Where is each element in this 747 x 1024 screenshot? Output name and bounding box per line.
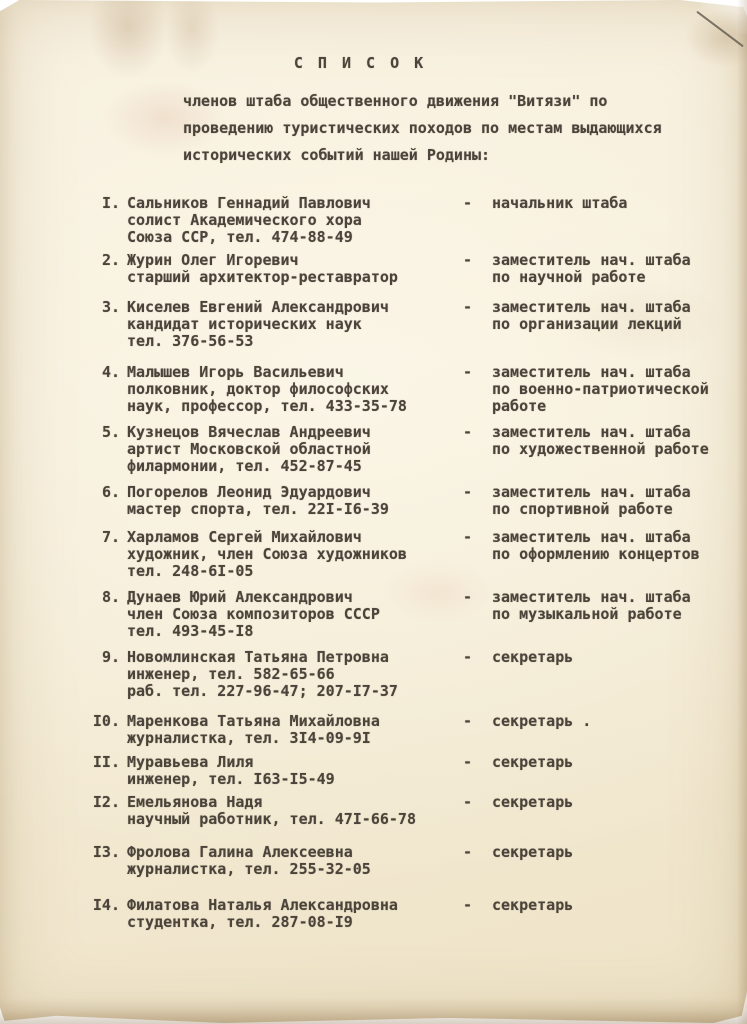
item-name: Харламов Сергей Михайлович художник, чле…: [127, 529, 457, 580]
item-name-line: Журин Олег Игоревич: [127, 252, 457, 269]
item-name-line: филармонии, тел. 452-87-45: [127, 458, 457, 475]
item-name: Дунаев Юрий Александрович член Союза ком…: [127, 589, 457, 640]
item-role-line: по спортивной работе: [492, 501, 737, 518]
role-dash: -: [463, 844, 483, 861]
role-dash: -: [463, 299, 483, 316]
item-name-line: артист Московской областной: [127, 441, 457, 458]
item-role-line: по военно-патриотической: [492, 381, 737, 398]
item-name-line: Кузнецов Вячеслав Андреевич: [127, 424, 457, 441]
item-role-line: по художественной работе: [492, 441, 737, 458]
item-name: Погорелов Леонид Эдуардович мастер спорт…: [127, 484, 457, 518]
item-name-line: Новомлинская Татьяна Петровна: [127, 649, 457, 666]
item-number: 4.: [80, 364, 120, 381]
role-dash: -: [463, 713, 483, 730]
item-number: I3.: [80, 844, 120, 861]
role-dash: -: [463, 794, 483, 811]
item-name: Фролова Галина Алексеевна журналистка, т…: [127, 844, 457, 878]
item-role: начальник штаба: [492, 195, 737, 212]
item-role: заместитель нач. штаба по научной работе: [492, 252, 737, 286]
item-role-line: заместитель нач. штаба: [492, 589, 737, 606]
item-name: Маренкова Татьяна Михайловна журналистка…: [127, 713, 457, 747]
item-role: секретарь: [492, 794, 737, 811]
item-name: Кузнецов Вячеслав Андреевич артист Моско…: [127, 424, 457, 475]
item-name: Филатова Наталья Александровна студентка…: [127, 897, 457, 931]
item-number: I4.: [80, 897, 120, 914]
item-name-line: солист Академического хора: [127, 212, 457, 229]
item-number: 5.: [80, 424, 120, 441]
item-role-line: заместитель нач. штаба: [492, 252, 737, 269]
role-dash: -: [463, 424, 483, 441]
item-role-line: заместитель нач. штаба: [492, 529, 737, 546]
item-role: секретарь: [492, 754, 737, 771]
item-role-line: работе: [492, 398, 737, 415]
role-dash: -: [463, 589, 483, 606]
item-name-line: инженер, тел. 582-65-66: [127, 666, 457, 683]
item-name-line: Емельянова Надя: [127, 794, 457, 811]
item-name-line: Маренкова Татьяна Михайловна: [127, 713, 457, 730]
role-dash: -: [463, 897, 483, 914]
item-role: секретарь: [492, 844, 737, 861]
item-name-line: кандидат исторических наук: [127, 316, 457, 333]
item-role-line: по оформлению концертов: [492, 546, 737, 563]
scanned-document: С П И С О К членов штаба общественного д…: [0, 0, 747, 1024]
item-name-line: Киселев Евгений Александрович: [127, 299, 457, 316]
item-role-line: начальник штаба: [492, 195, 737, 212]
item-role: секретарь: [492, 897, 737, 914]
item-name-line: полковник, доктор философских: [127, 381, 457, 398]
item-name-line: журналистка, тел. 3I4-09-9I: [127, 730, 457, 747]
item-role: секретарь: [492, 649, 737, 666]
item-name-line: инженер, тел. I63-I5-49: [127, 771, 457, 788]
item-name-line: Погорелов Леонид Эдуардович: [127, 484, 457, 501]
item-role-line: по музыкальной работе: [492, 606, 737, 623]
role-dash: -: [463, 195, 483, 212]
item-name-line: наук, профессор, тел. 433-35-78: [127, 398, 457, 415]
item-role: заместитель нач. штаба по организации ле…: [492, 299, 737, 333]
item-number: 6.: [80, 484, 120, 501]
item-name-line: Союза ССР, тел. 474-88-49: [127, 229, 457, 246]
item-name-line: Фролова Галина Алексеевна: [127, 844, 457, 861]
item-name: Муравьева Лиля инженер, тел. I63-I5-49: [127, 754, 457, 788]
item-name: Емельянова Надя научный работник, тел. 4…: [127, 794, 457, 828]
item-role-line: по научной работе: [492, 269, 737, 286]
corner-fold-shadow: [672, 0, 747, 70]
item-name-line: тел. 248-6I-05: [127, 563, 457, 580]
item-role-line: секретарь .: [492, 713, 737, 730]
item-role: заместитель нач. штаба по художественной…: [492, 424, 737, 458]
torn-bottom-edge: [0, 998, 747, 1024]
item-name-line: научный работник, тел. 47I-66-78: [127, 811, 457, 828]
item-number: I0.: [80, 713, 120, 730]
item-role: заместитель нач. штаба по военно-патриот…: [492, 364, 737, 415]
item-name-line: журналистка, тел. 255-32-05: [127, 861, 457, 878]
role-dash: -: [463, 649, 483, 666]
item-number: 9.: [80, 649, 120, 666]
item-role: секретарь .: [492, 713, 737, 730]
item-role-line: заместитель нач. штаба: [492, 299, 737, 316]
item-number: 7.: [80, 529, 120, 546]
item-role: заместитель нач. штаба по музыкальной ра…: [492, 589, 737, 623]
item-role: заместитель нач. штаба по оформлению кон…: [492, 529, 737, 563]
item-role-line: заместитель нач. штаба: [492, 364, 737, 381]
item-role-line: заместитель нач. штаба: [492, 484, 737, 501]
item-name: Журин Олег Игоревич старший архитектор-р…: [127, 252, 457, 286]
item-number: 3.: [80, 299, 120, 316]
item-name: Малышев Игорь Васильевич полковник, докт…: [127, 364, 457, 415]
right-edge-shadow: [737, 0, 747, 1024]
item-name-line: студентка, тел. 287-08-I9: [127, 914, 457, 931]
role-dash: -: [463, 754, 483, 771]
item-number: I.: [80, 195, 120, 212]
item-name-line: член Союза композиторов СССР: [127, 606, 457, 623]
item-role: заместитель нач. штаба по спортивной раб…: [492, 484, 737, 518]
item-name-line: Харламов Сергей Михайлович: [127, 529, 457, 546]
item-number: I2.: [80, 794, 120, 811]
intro-paragraph: членов штаба общественного движения "Вит…: [183, 88, 663, 169]
item-role-line: заместитель нач. штаба: [492, 424, 737, 441]
item-name: Новомлинская Татьяна Петровна инженер, т…: [127, 649, 457, 700]
item-name-line: раб. тел. 227-96-47; 207-I7-37: [127, 683, 457, 700]
role-dash: -: [463, 364, 483, 381]
item-role-line: секретарь: [492, 754, 737, 771]
item-role-line: секретарь: [492, 794, 737, 811]
item-name-line: тел. 376-56-53: [127, 333, 457, 350]
item-name-line: Малышев Игорь Васильевич: [127, 364, 457, 381]
item-name: Киселев Евгений Александрович кандидат и…: [127, 299, 457, 350]
item-name-line: Филатова Наталья Александровна: [127, 897, 457, 914]
page-title: С П И С О К: [250, 54, 470, 72]
role-dash: -: [463, 529, 483, 546]
role-dash: -: [463, 484, 483, 501]
item-name-line: тел. 493-45-I8: [127, 623, 457, 640]
item-name-line: Муравьева Лиля: [127, 754, 457, 771]
item-role-line: секретарь: [492, 897, 737, 914]
item-number: 2.: [80, 252, 120, 269]
item-number: II.: [80, 754, 120, 771]
item-role-line: секретарь: [492, 649, 737, 666]
item-name-line: мастер спорта, тел. 22I-I6-39: [127, 501, 457, 518]
item-name-line: Сальников Геннадий Павлович: [127, 195, 457, 212]
item-role-line: секретарь: [492, 844, 737, 861]
item-role-line: по организации лекций: [492, 316, 737, 333]
item-name-line: художник, член Союза художников: [127, 546, 457, 563]
item-name-line: Дунаев Юрий Александрович: [127, 589, 457, 606]
item-name: Сальников Геннадий Павлович солист Акаде…: [127, 195, 457, 246]
item-number: 8.: [80, 589, 120, 606]
item-name-line: старший архитектор-реставратор: [127, 269, 457, 286]
role-dash: -: [463, 252, 483, 269]
